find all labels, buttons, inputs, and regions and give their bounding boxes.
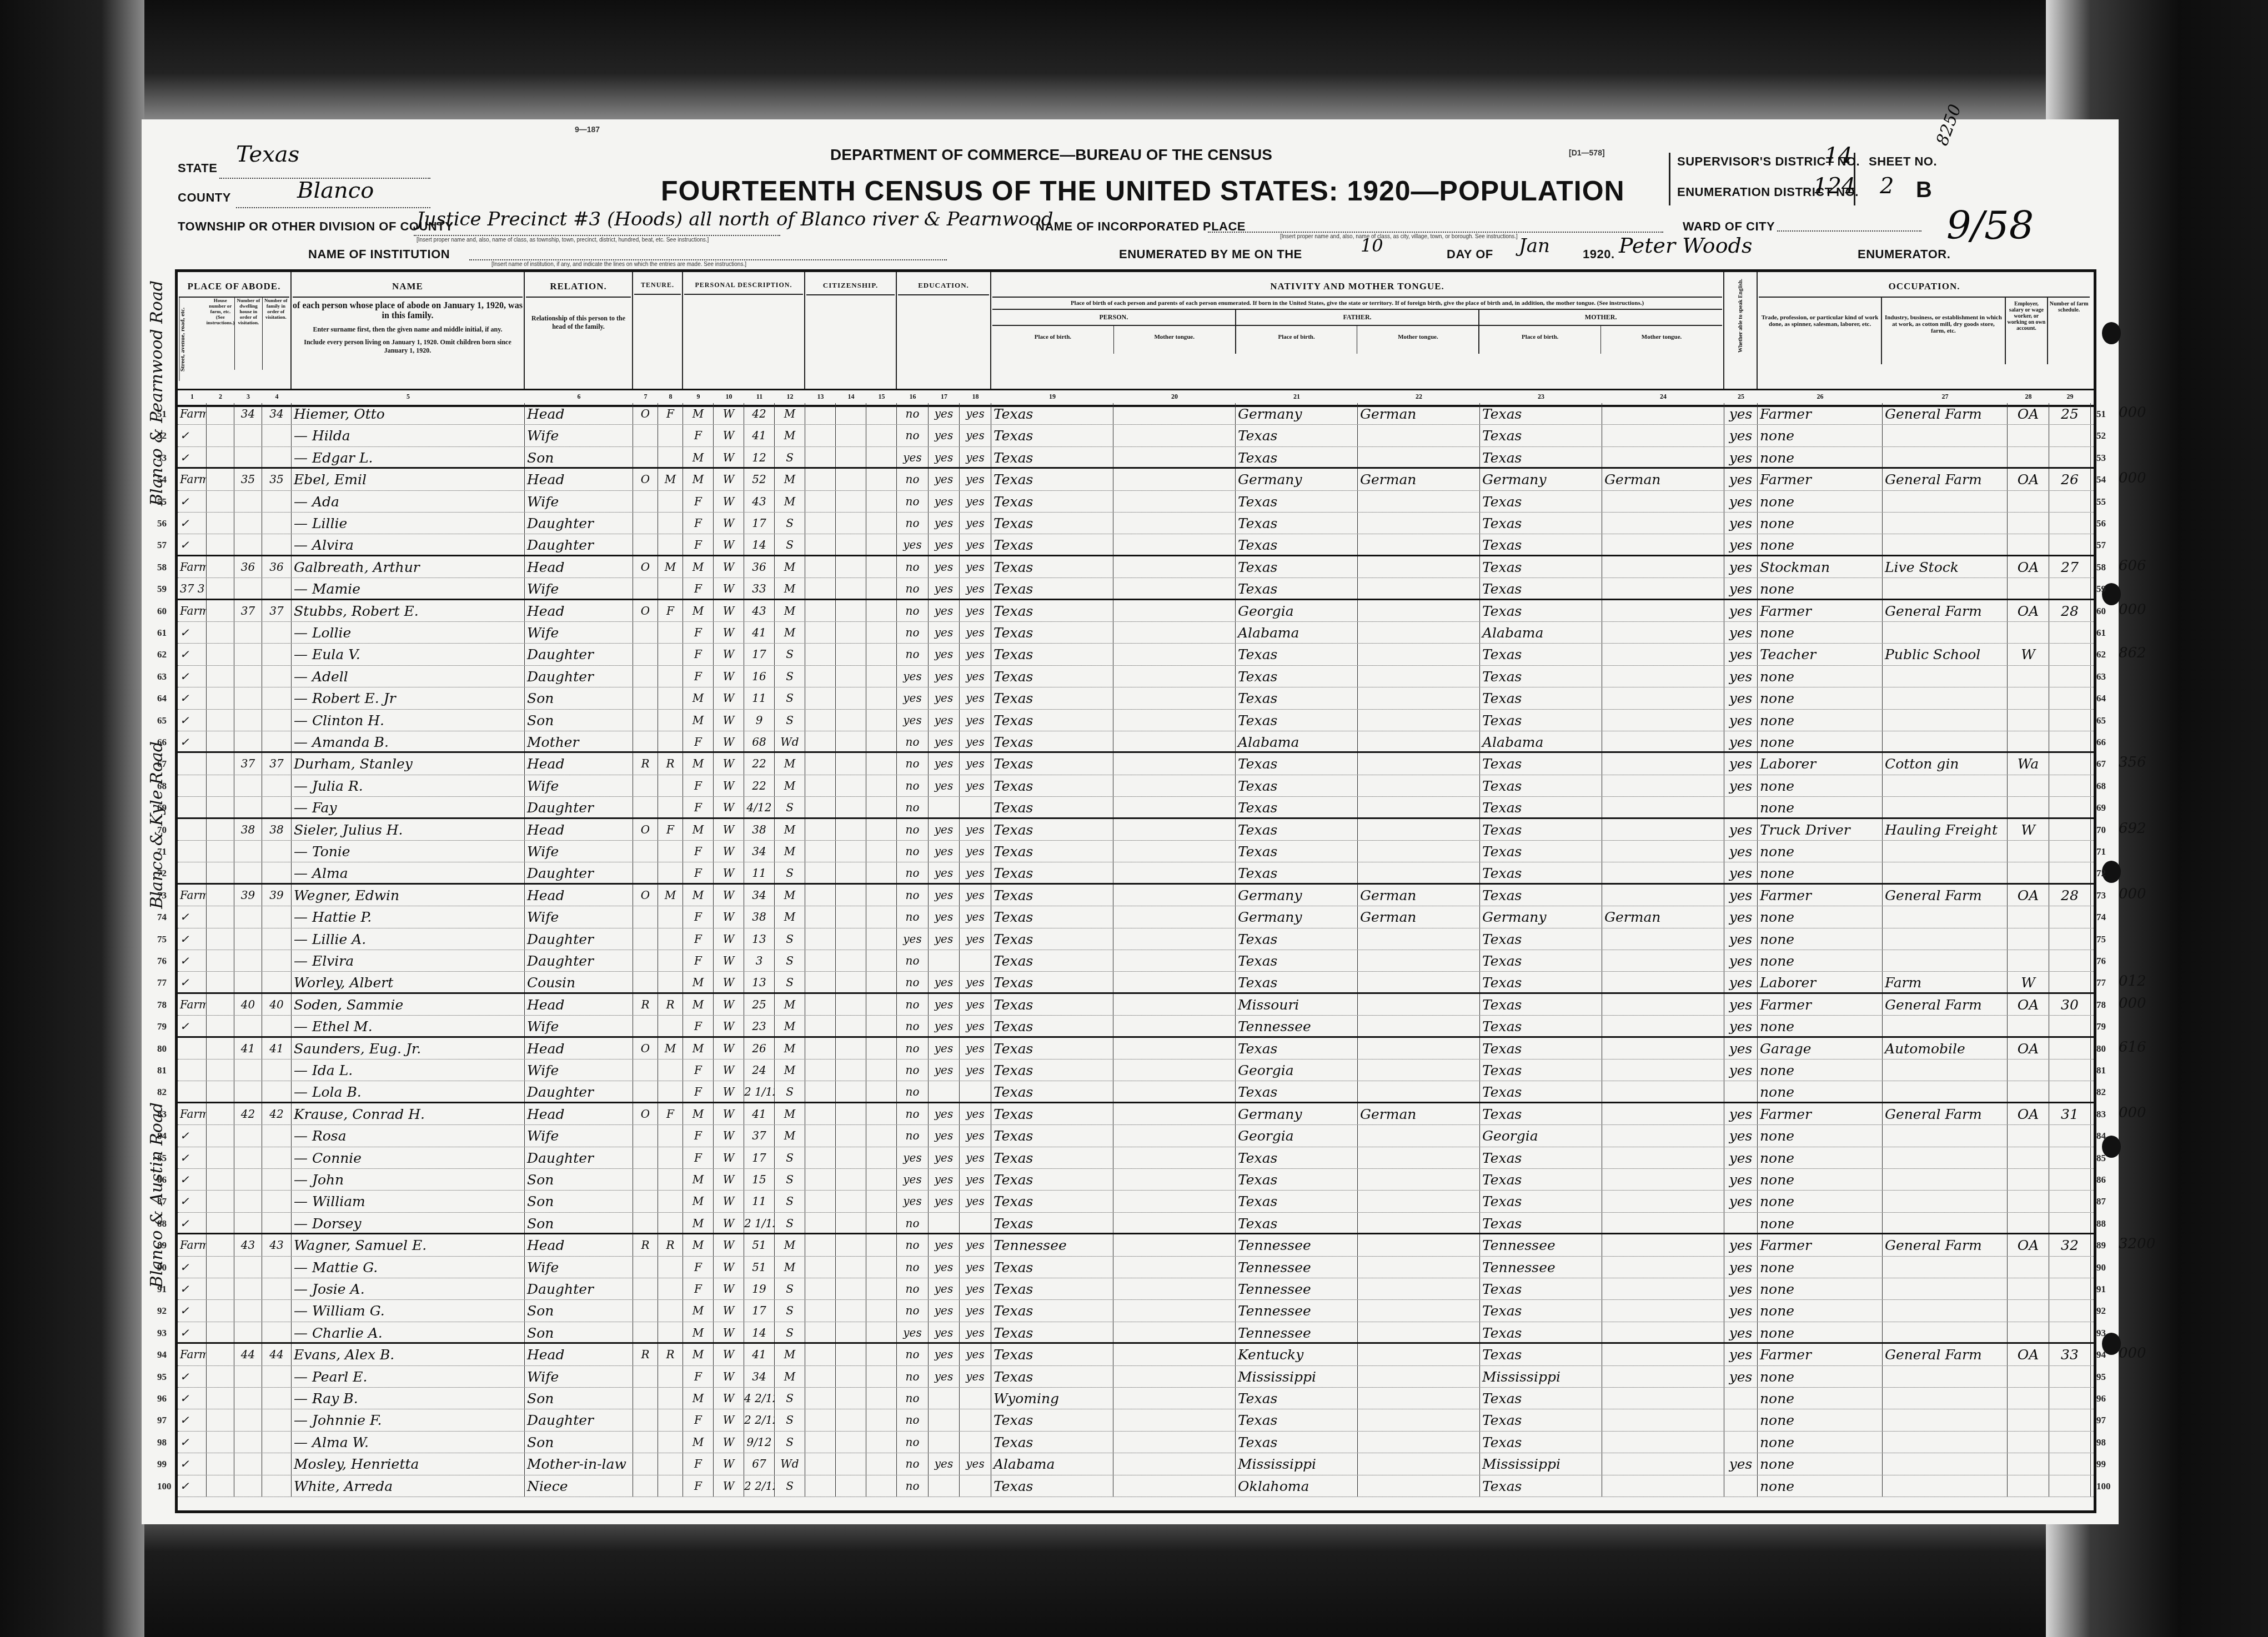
house-number-cell [207, 403, 234, 424]
school-cell: no [897, 556, 929, 578]
read-cell: yes [929, 885, 960, 906]
family-number-cell [262, 1125, 292, 1146]
farm-schedule-cell [2049, 906, 2091, 927]
dwelling-number-cell [234, 1366, 262, 1387]
race-cell: W [714, 775, 744, 796]
abode-farm-cell: ✓ [178, 1213, 207, 1233]
school-cell: yes [897, 1169, 929, 1190]
line-number-right: 89 [2096, 1240, 2106, 1251]
family-number-cell: 40 [262, 994, 292, 1015]
relation-cell: Head [525, 885, 633, 906]
marital-status-cell: S [775, 1475, 805, 1497]
read-cell: yes [929, 1300, 960, 1321]
house-number-cell [207, 513, 234, 534]
home-owned-cell [633, 950, 658, 971]
line-number: 51 [157, 409, 167, 420]
table-row: ✓— LollieWifeFW41MnoyesyesTexasAlabamaAl… [178, 622, 2094, 644]
father-birthplace-cell: Texas [1236, 1213, 1358, 1233]
naturalized-cell [836, 578, 866, 598]
mother-birthplace-cell: Texas [1480, 862, 1602, 882]
birthplace-cell: Texas [991, 403, 1113, 424]
father-birthplace-cell: Texas [1236, 862, 1358, 882]
immigration-year-cell [805, 687, 836, 709]
dwelling-number-cell [234, 972, 262, 992]
worker-class-cell: OA [2008, 1344, 2049, 1365]
school-cell: no [897, 622, 929, 643]
home-owned-cell [633, 513, 658, 534]
sex-cell: M [683, 403, 714, 424]
naturalized-cell [836, 862, 866, 882]
read-cell: yes [929, 994, 960, 1015]
speak-english-cell: yes [1724, 1453, 1758, 1474]
abode-farm-cell [178, 775, 207, 796]
father-tongue-cell [1358, 841, 1480, 862]
immigration-year-cell [805, 469, 836, 490]
worker-class-cell: W [2008, 819, 2049, 840]
naturalization-year-cell [866, 491, 897, 512]
trade-cell: none [1758, 797, 1883, 817]
home-owned-cell [633, 1278, 658, 1299]
mother-birthplace-cell: Mississippi [1480, 1453, 1602, 1474]
mother-birthplace-cell: Texas [1480, 841, 1602, 862]
line-number: 52 [157, 430, 167, 441]
age-cell: 13 [744, 972, 775, 992]
mother-birthplace-cell: Georgia [1480, 1125, 1602, 1146]
relation-cell: Daughter [525, 1409, 633, 1430]
house-number-cell [207, 666, 234, 687]
worker-class-cell [2008, 1191, 2049, 1212]
school-cell: no [897, 906, 929, 927]
house-number-cell [207, 862, 234, 882]
naturalization-year-cell [866, 928, 897, 950]
house-number-cell [207, 710, 234, 731]
mortgage-cell [658, 1257, 683, 1278]
read-cell: yes [929, 469, 960, 490]
industry-cell [1883, 1475, 2008, 1497]
trade-cell: none [1758, 841, 1883, 862]
relation-cell: Wife [525, 1366, 633, 1387]
home-owned-cell [633, 731, 658, 751]
census-sheet: 9—187 DEPARTMENT OF COMMERCE—BUREAU OF T… [142, 119, 2119, 1524]
family-number-cell [262, 906, 292, 927]
immigration-year-cell [805, 1409, 836, 1430]
sex-cell: M [683, 1300, 714, 1321]
mother-tongue-cell: German [1602, 906, 1724, 927]
school-cell: no [897, 841, 929, 862]
sex-cell: M [683, 1169, 714, 1190]
relation-cell: Wife [525, 841, 633, 862]
marital-status-cell: S [775, 513, 805, 534]
school-cell: no [897, 1344, 929, 1365]
naturalization-year-cell [866, 513, 897, 534]
relation-cell: Son [525, 1191, 633, 1212]
write-cell: yes [960, 534, 991, 554]
mother-tongue-cell [1602, 862, 1724, 882]
name-cell: — Dorsey [292, 1213, 525, 1233]
line-number-right: 54 [2096, 474, 2106, 485]
race-cell: W [714, 600, 744, 621]
marital-status-cell: S [775, 1409, 805, 1430]
immigration-year-cell [805, 841, 836, 862]
naturalized-cell [836, 1213, 866, 1233]
relation-cell: Daughter [525, 513, 633, 534]
read-cell: yes [929, 731, 960, 751]
home-owned-cell [633, 1322, 658, 1342]
worker-class-cell [2008, 687, 2049, 709]
farm-schedule-cell [2049, 950, 2091, 971]
mortgage-cell: M [658, 1038, 683, 1059]
column-number: 24 [1602, 393, 1724, 401]
birthplace-cell: Texas [991, 556, 1113, 578]
mother-birthplace-cell: Texas [1480, 994, 1602, 1015]
family-number-cell: 38 [262, 819, 292, 840]
write-cell: yes [960, 1103, 991, 1124]
industry-cell [1883, 1059, 2008, 1081]
table-row: Farm4444Evans, Alex B.HeadRRMW41Mnoyesye… [178, 1344, 2094, 1365]
birthplace-cell: Texas [991, 1191, 1113, 1212]
naturalized-cell [836, 753, 866, 774]
dwelling-number-cell [234, 644, 262, 665]
farm-schedule-cell [2049, 1213, 2091, 1233]
father-tongue-cell [1358, 578, 1480, 598]
farm-schedule-cell [2049, 1409, 2091, 1430]
trade-cell: none [1758, 731, 1883, 751]
mother-tongue-cell [1602, 1103, 1724, 1124]
write-cell [960, 950, 991, 971]
speak-english-cell: yes [1724, 710, 1758, 731]
trade-cell: Farmer [1758, 885, 1883, 906]
marital-status-cell: S [775, 1300, 805, 1321]
abode-farm-cell: ✓ [178, 1409, 207, 1430]
house-number-cell [207, 1300, 234, 1321]
school-cell: no [897, 600, 929, 621]
age-cell: 9 [744, 710, 775, 731]
naturalization-year-cell [866, 1169, 897, 1190]
father-tongue-cell [1358, 1038, 1480, 1059]
home-owned-cell [633, 622, 658, 643]
line-number-right: 100 [2096, 1481, 2111, 1492]
school-cell: no [897, 1103, 929, 1124]
trade-cell: none [1758, 1388, 1883, 1409]
family-number-cell [262, 862, 292, 882]
house-number-cell [207, 994, 234, 1015]
relation-cell: Wife [525, 906, 633, 927]
sex-cell: M [683, 1191, 714, 1212]
home-owned-cell [633, 1432, 658, 1453]
mother-tongue-cell [1602, 710, 1724, 731]
naturalization-year-cell [866, 1234, 897, 1256]
name-cell: Ebel, Emil [292, 469, 525, 490]
abode-farm-cell: Farm [178, 600, 207, 621]
marital-status-cell: M [775, 1344, 805, 1365]
read-cell: yes [929, 578, 960, 598]
naturalization-year-cell [866, 1081, 897, 1101]
farm-schedule-cell [2049, 928, 2091, 950]
family-number-cell [262, 1278, 292, 1299]
house-number-cell [207, 906, 234, 927]
mother-tongue-cell [1602, 1125, 1724, 1146]
age-cell: 36 [744, 556, 775, 578]
school-cell: yes [897, 687, 929, 709]
mortgage-cell [658, 862, 683, 882]
trade-cell: none [1758, 1169, 1883, 1190]
line-number: 70 [157, 825, 167, 836]
immigration-year-cell [805, 1234, 836, 1256]
read-cell: yes [929, 1278, 960, 1299]
name-cell: — Charlie A. [292, 1322, 525, 1342]
age-cell: 43 [744, 491, 775, 512]
occupation-code-note: 606 [2119, 558, 2146, 574]
sex-cell: M [683, 1038, 714, 1059]
mother-birthplace-cell: Texas [1480, 556, 1602, 578]
name-cell: — Josie A. [292, 1278, 525, 1299]
farm-schedule-cell [2049, 666, 2091, 687]
read-cell: yes [929, 1257, 960, 1278]
sex-cell: F [683, 513, 714, 534]
farm-schedule-cell: 27 [2049, 556, 2091, 578]
abode-farm-cell [178, 1038, 207, 1059]
dwelling-number-cell [234, 1278, 262, 1299]
father-tongue-cell [1358, 797, 1480, 817]
birthplace-cell: Texas [991, 1147, 1113, 1168]
write-cell: yes [960, 622, 991, 643]
worker-class-cell [2008, 1388, 2049, 1409]
name-cell: — Ethel M. [292, 1016, 525, 1036]
father-tongue-cell: German [1358, 1103, 1480, 1124]
trade-cell: Farmer [1758, 1344, 1883, 1365]
age-cell: 23 [744, 1016, 775, 1036]
abode-farm-cell: ✓ [178, 710, 207, 731]
naturalization-year-cell [866, 600, 897, 621]
age-cell: 19 [744, 1278, 775, 1299]
mother-birthplace-cell: Texas [1480, 447, 1602, 467]
farm-schedule-cell [2049, 1300, 2091, 1321]
sex-cell: F [683, 1016, 714, 1036]
naturalized-cell [836, 1038, 866, 1059]
sex-cell: M [683, 687, 714, 709]
father-tongue-cell [1358, 513, 1480, 534]
sex-cell: M [683, 1388, 714, 1409]
father-tongue-cell [1358, 1388, 1480, 1409]
race-cell: W [714, 644, 744, 665]
speak-english-cell: yes [1724, 1300, 1758, 1321]
race-cell: W [714, 1191, 744, 1212]
birthplace-cell: Texas [991, 491, 1113, 512]
worker-class-cell [2008, 928, 2049, 950]
worker-class-cell: OA [2008, 469, 2049, 490]
farm-schedule-cell [2049, 1432, 2091, 1453]
read-cell: yes [929, 644, 960, 665]
name-cell: — Ada [292, 491, 525, 512]
sex-cell: M [683, 1213, 714, 1233]
read-cell: yes [929, 775, 960, 796]
house-number-cell [207, 644, 234, 665]
mother-tongue-cell [1113, 1059, 1236, 1081]
school-cell: yes [897, 1191, 929, 1212]
mother-tongue-cell [1113, 994, 1236, 1015]
line-number-right: 71 [2096, 846, 2106, 857]
speak-english-cell [1724, 1388, 1758, 1409]
read-cell: yes [929, 1016, 960, 1036]
write-cell: yes [960, 1257, 991, 1278]
worker-class-cell [2008, 841, 2049, 862]
mother-tongue-cell [1113, 1125, 1236, 1146]
family-number-cell: 37 [262, 600, 292, 621]
worker-class-cell [2008, 1147, 2049, 1168]
dwelling-number-cell: 38 [234, 819, 262, 840]
speak-english-cell: yes [1724, 469, 1758, 490]
read-cell: yes [929, 491, 960, 512]
line-number-right: 77 [2096, 977, 2106, 988]
line-number-right: 64 [2096, 693, 2106, 704]
abode-farm-cell: ✓ [178, 1475, 207, 1497]
relation-cell: Wife [525, 622, 633, 643]
father-tongue-cell [1358, 1475, 1480, 1497]
father-tongue-cell [1358, 666, 1480, 687]
father-tongue-cell [1358, 1059, 1480, 1081]
mother-birthplace-cell: Texas [1480, 666, 1602, 687]
family-number-cell [262, 1016, 292, 1036]
dwelling-number-cell: 39 [234, 885, 262, 906]
immigration-year-cell [805, 1366, 836, 1387]
naturalization-year-cell [866, 1453, 897, 1474]
father-tongue-cell [1358, 1016, 1480, 1036]
father-birthplace-cell: Texas [1236, 1147, 1358, 1168]
home-owned-cell [633, 1147, 658, 1168]
mortgage-cell: M [658, 469, 683, 490]
name-cell: Wegner, Edwin [292, 885, 525, 906]
dwelling-number-cell [234, 513, 262, 534]
naturalized-cell [836, 950, 866, 971]
father-tongue-cell [1358, 600, 1480, 621]
school-cell: no [897, 1038, 929, 1059]
read-cell: yes [929, 972, 960, 992]
trade-cell: none [1758, 1366, 1883, 1387]
abode-farm-cell: ✓ [178, 534, 207, 554]
birthplace-cell: Texas [991, 1016, 1113, 1036]
naturalized-cell [836, 534, 866, 554]
naturalization-year-cell [866, 1366, 897, 1387]
school-cell: no [897, 1059, 929, 1081]
abode-farm-cell: ✓ [178, 1147, 207, 1168]
farm-schedule-cell [2049, 819, 2091, 840]
family-number-cell: 35 [262, 469, 292, 490]
home-owned-cell [633, 1453, 658, 1474]
house-number-cell [207, 1213, 234, 1233]
read-cell: yes [929, 1191, 960, 1212]
enumerated-day: 10 [1361, 235, 1383, 256]
speak-english-cell: yes [1724, 819, 1758, 840]
father-tongue-cell: German [1358, 469, 1480, 490]
relation-cell: Wife [525, 1257, 633, 1278]
race-cell: W [714, 578, 744, 598]
home-owned-cell [633, 644, 658, 665]
house-number-cell [207, 1147, 234, 1168]
sex-cell: M [683, 753, 714, 774]
relation-cell: Son [525, 710, 633, 731]
house-number-cell [207, 578, 234, 598]
write-cell: yes [960, 731, 991, 751]
race-cell: W [714, 687, 744, 709]
speak-english-cell [1724, 1475, 1758, 1497]
mother-tongue-cell [1602, 1432, 1724, 1453]
immigration-year-cell [805, 972, 836, 992]
age-cell: 2 1/12 [744, 1081, 775, 1101]
relation-cell: Daughter [525, 928, 633, 950]
marital-status-cell: S [775, 447, 805, 467]
birthplace-cell: Texas [991, 797, 1113, 817]
occupation-code-note: 862 [2119, 645, 2146, 661]
farm-schedule-cell [2049, 1169, 2091, 1190]
column-number: 26 [1758, 393, 1883, 401]
race-cell: W [714, 666, 744, 687]
occupation-code-note: 000 [2119, 886, 2146, 902]
name-cell: — Lillie [292, 513, 525, 534]
naturalization-year-cell [866, 731, 897, 751]
age-cell: 42 [744, 403, 775, 424]
mother-tongue-cell [1113, 469, 1236, 490]
abode-farm-cell: ✓ [178, 731, 207, 751]
marital-status-cell: S [775, 950, 805, 971]
mother-tongue-cell [1602, 1059, 1724, 1081]
father-tongue-cell [1358, 622, 1480, 643]
father-tongue-cell [1358, 1169, 1480, 1190]
family-number-cell: 39 [262, 885, 292, 906]
line-number: 54 [157, 474, 167, 485]
table-row: ✓— Clinton H.SonMW9SyesyesyesTexasTexasT… [178, 710, 2094, 731]
naturalized-cell [836, 1169, 866, 1190]
relation-cell: Son [525, 1432, 633, 1453]
trade-cell: none [1758, 1213, 1883, 1233]
census-table: PLACE OF ABODE. Street, avenue, road, et… [175, 269, 2096, 1513]
dwelling-number-cell: 37 [234, 600, 262, 621]
marital-status-cell: M [775, 1038, 805, 1059]
mother-tongue-cell [1113, 775, 1236, 796]
age-cell: 16 [744, 666, 775, 687]
school-cell: no [897, 491, 929, 512]
mother-tongue-cell [1602, 687, 1724, 709]
immigration-year-cell [805, 1147, 836, 1168]
mortgage-cell [658, 1169, 683, 1190]
mother-tongue-cell [1113, 950, 1236, 971]
house-number-cell [207, 1038, 234, 1059]
house-number-cell [207, 687, 234, 709]
naturalization-year-cell [866, 994, 897, 1015]
dwelling-number-cell [234, 1432, 262, 1453]
naturalization-year-cell [866, 1103, 897, 1124]
school-cell: no [897, 469, 929, 490]
house-number-cell [207, 731, 234, 751]
read-cell: yes [929, 1147, 960, 1168]
dwelling-number-cell [234, 622, 262, 643]
name-cell: Mosley, Henrietta [292, 1453, 525, 1474]
table-row: ✓— LillieDaughterFW17SnoyesyesTexasTexas… [178, 513, 2094, 534]
margin-note-road: Blanco & Pearnwood Road [147, 280, 167, 506]
speak-english-cell: yes [1724, 1125, 1758, 1146]
read-cell: yes [929, 1322, 960, 1342]
read-cell: yes [929, 1059, 960, 1081]
mother-tongue-cell [1602, 1366, 1724, 1387]
table-row: ✓— AlviraDaughterFW14SyesyesyesTexasTexa… [178, 534, 2094, 556]
house-number-cell [207, 556, 234, 578]
abode-farm-cell: Farm [178, 1234, 207, 1256]
race-cell: W [714, 513, 744, 534]
line-number-right: 52 [2096, 430, 2106, 441]
trade-cell: none [1758, 687, 1883, 709]
father-birthplace-cell: Tennessee [1236, 1016, 1358, 1036]
line-number: 86 [157, 1174, 167, 1186]
line-number-right: 78 [2096, 1000, 2106, 1011]
